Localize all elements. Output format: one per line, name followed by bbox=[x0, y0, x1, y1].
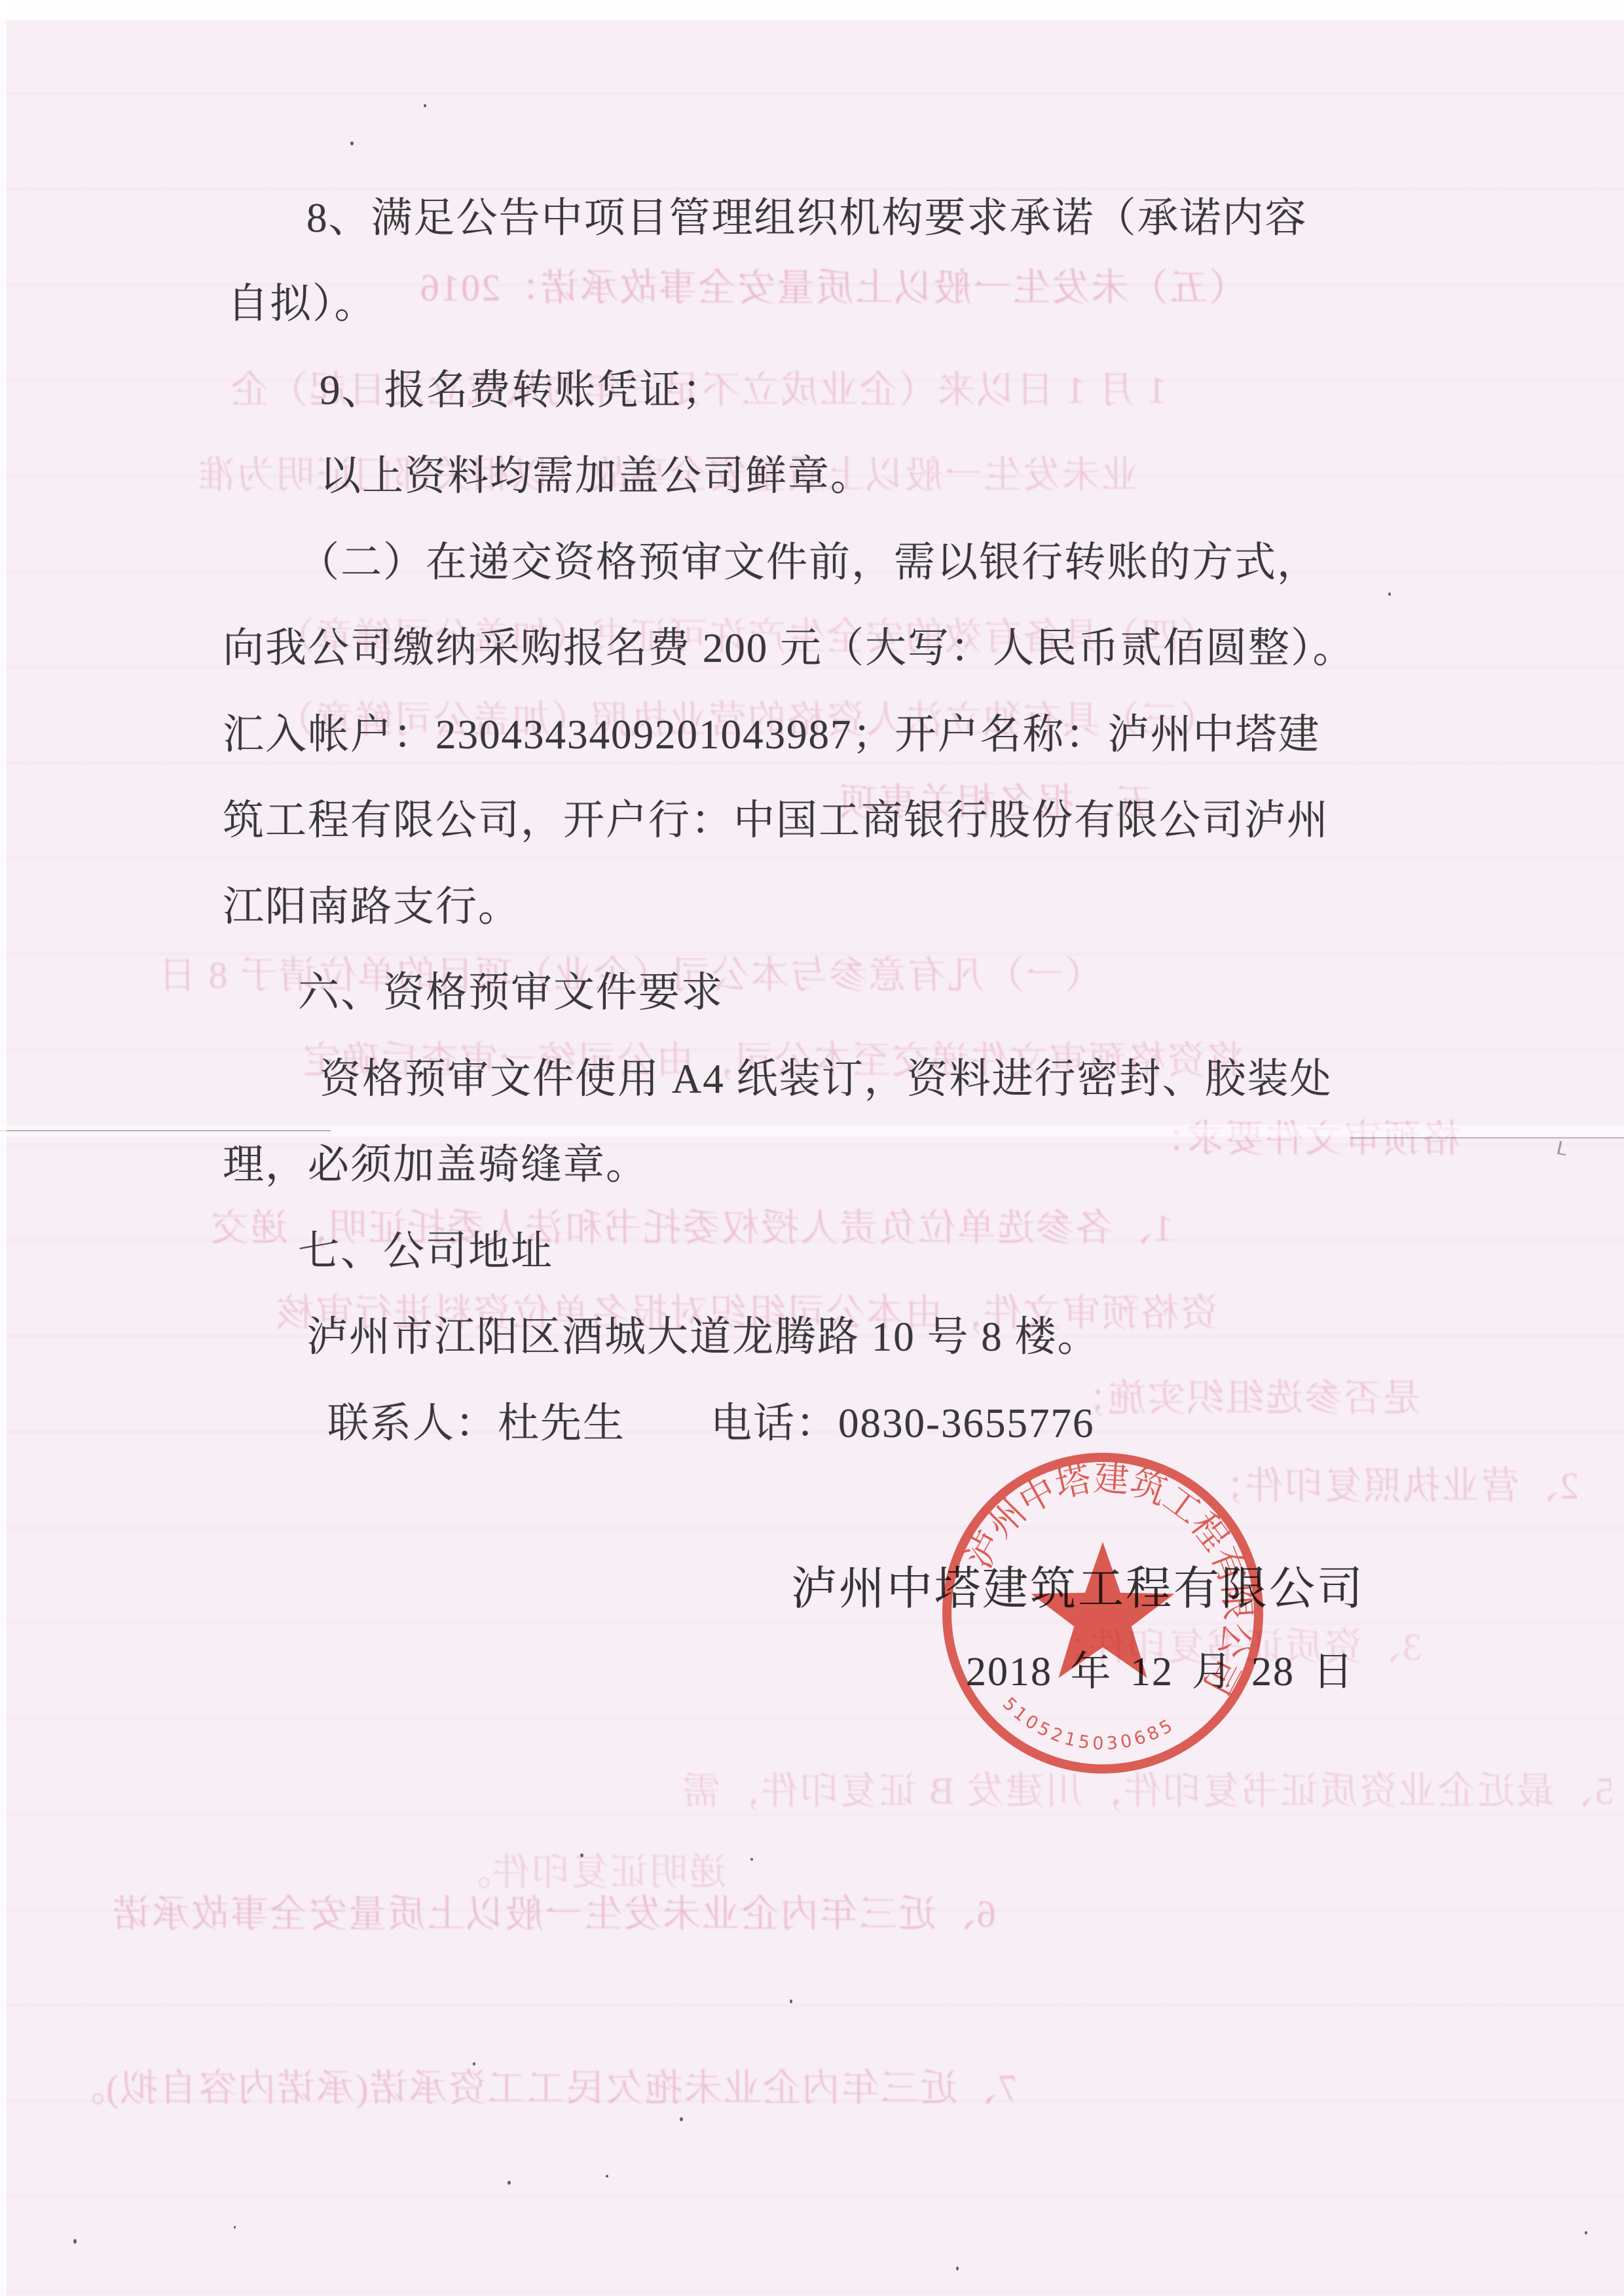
fold-line bbox=[0, 1130, 331, 1131]
body-line: 资格预审文件使用 A4 纸装订，资料进行密封、胶装处 bbox=[320, 1046, 1333, 1105]
scan-speck bbox=[580, 1853, 583, 1857]
bleed-line: （五）未发生一般以上质量安全事故承诺：2016 bbox=[419, 257, 1247, 312]
body-line: （二）在递交资格预审文件前，需以银行转账的方式， bbox=[298, 529, 1319, 589]
seal-star bbox=[1031, 1542, 1175, 1678]
fold-line bbox=[1350, 1137, 1624, 1139]
scan-speck bbox=[790, 1999, 792, 2003]
scan-artifact bbox=[1557, 1141, 1568, 1156]
bleed-line: 6、近三年内企业未发生一般以上质量安全事故承诺 bbox=[111, 1883, 996, 1938]
body-line: 江阳南路支行。 bbox=[223, 873, 521, 933]
body-line: 9、报名费转账凭证； bbox=[320, 357, 725, 416]
scan-speck bbox=[350, 141, 354, 145]
body-line: 六、资格预审文件要求 bbox=[298, 959, 724, 1019]
scan-speck bbox=[956, 2267, 959, 2270]
body-line: 筑工程有限公司，开户行：中国工商银行股份有限公司泸州 bbox=[223, 787, 1329, 847]
scan-edge bbox=[0, 0, 7, 2296]
body-line: 向我公司缴纳采购报名费 200 元（大写：人民币贰佰圆整）。 bbox=[223, 615, 1356, 674]
scan-speck bbox=[73, 2239, 77, 2244]
scan-speck bbox=[1585, 2231, 1587, 2234]
body-line: 以上资料均需加盖公司鲜章。 bbox=[320, 443, 873, 502]
body-line: 汇入帐户：2304343409201043987；开户名称：泸州中塔建 bbox=[223, 701, 1321, 761]
body-line: 七、公司地址 bbox=[298, 1218, 553, 1277]
scan-edge bbox=[0, 0, 1624, 20]
body-line: 8、满足公告中项目管理组织机构要求承诺（承诺内容 bbox=[306, 185, 1308, 244]
scan-speck bbox=[234, 2226, 236, 2229]
body-line: 泸州市江阳区酒城大道龙腾路 10 号 8 楼。 bbox=[306, 1303, 1100, 1363]
scan-speck bbox=[424, 104, 426, 107]
scan-speck bbox=[1388, 592, 1391, 596]
scanned-document-page: （五）未发生一般以上质量安全事故承诺：2016 1 月 1 日以来（企业成立不足… bbox=[0, 0, 1624, 2296]
bleed-line: 递明证复印件。 bbox=[452, 1841, 727, 1896]
scan-speck bbox=[750, 1858, 753, 1861]
bleed-line: 7、近三年内企业未拖欠民工工资承诺(承诺内容自拟)。 bbox=[65, 2057, 1018, 2112]
scan-speck bbox=[680, 2117, 683, 2121]
body-line: 理，必须加盖骑缝章。 bbox=[223, 1131, 648, 1191]
company-seal: 泸州中塔建筑工程有限公司 5105215030685 bbox=[874, 1388, 1332, 1846]
scan-speck bbox=[473, 2062, 475, 2066]
body-line: 自拟）。 bbox=[227, 270, 377, 330]
scan-speck bbox=[507, 2181, 511, 2185]
scan-speck bbox=[606, 2175, 608, 2178]
